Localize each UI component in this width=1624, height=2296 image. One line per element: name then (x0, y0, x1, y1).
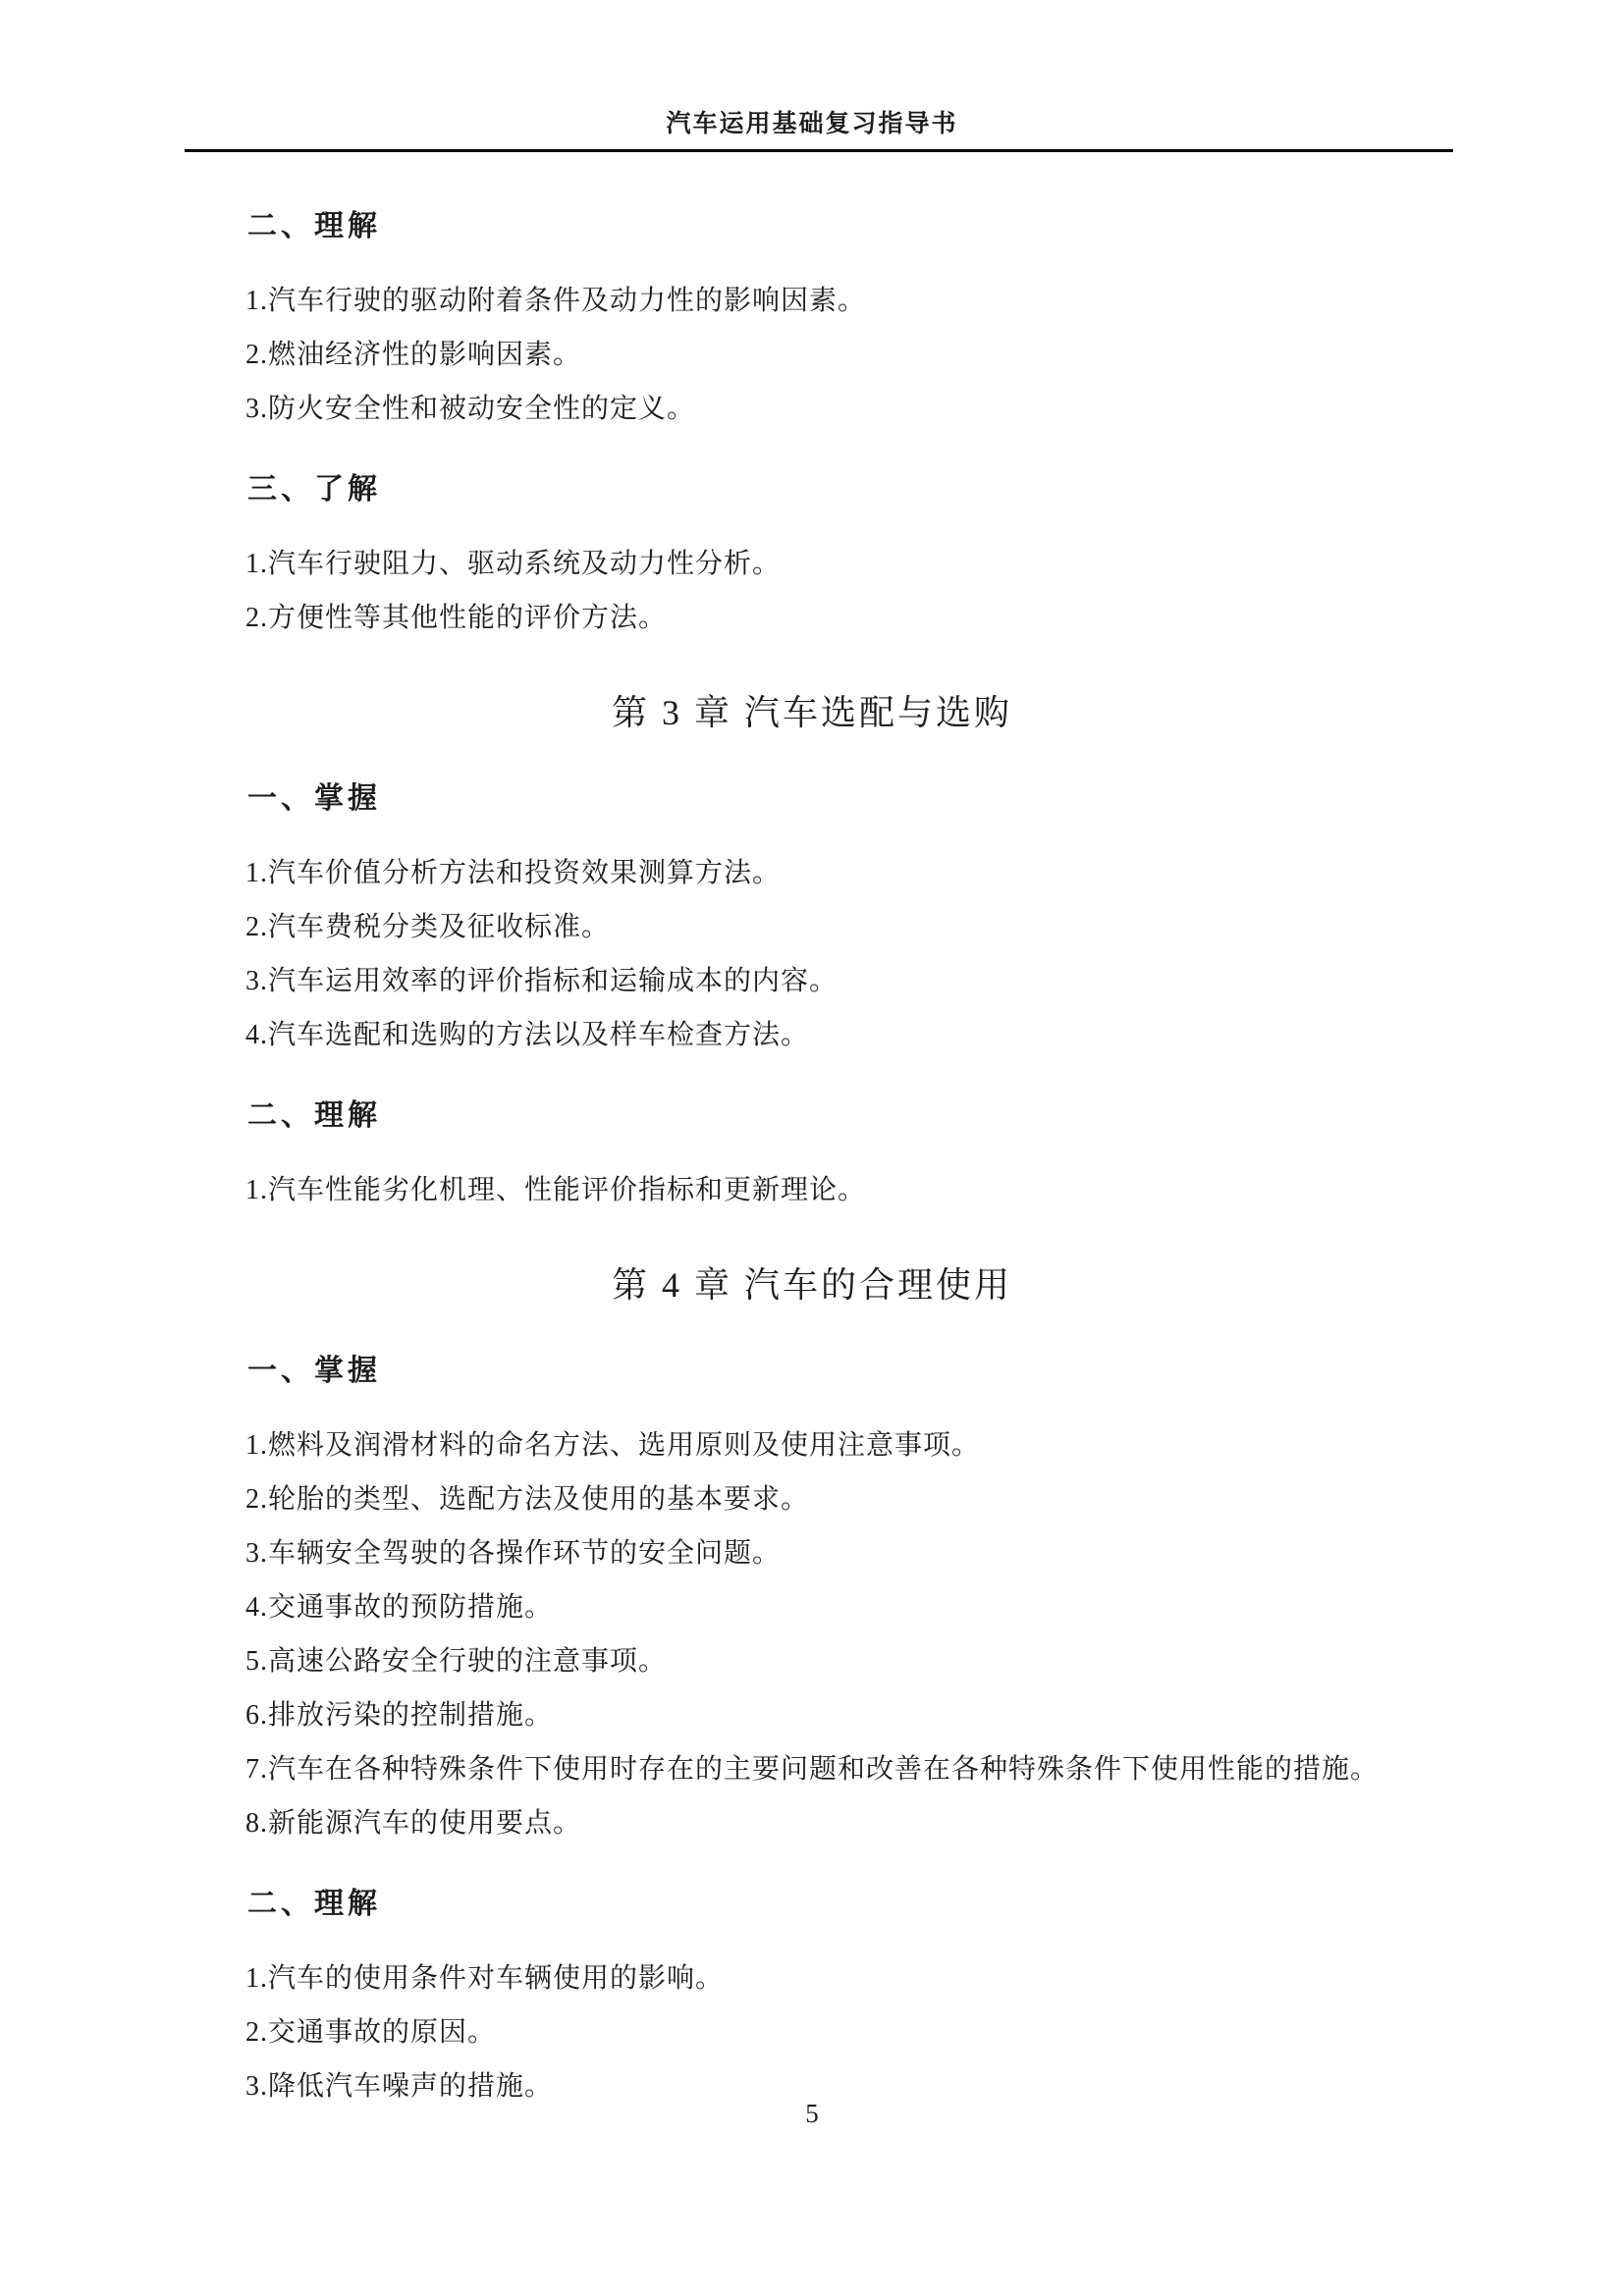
list-item: 3.车辆安全驾驶的各操作环节的安全问题。 (245, 1536, 1428, 1572)
list-item: 1.汽车的使用条件对车辆使用的影响。 (245, 1961, 1428, 1997)
section-title-understand-1: 二、理解 (247, 209, 1624, 244)
list-item: 2.交通事故的原因。 (245, 2015, 1428, 2051)
list-item: 6.排放污染的控制措施。 (245, 1698, 1428, 1734)
section-title-understand-3: 二、理解 (247, 1887, 1624, 1922)
document-body: 二、理解 1.汽车行驶的驱动附着条件及动力性的影响因素。 2.燃油经济性的影响因… (0, 209, 1624, 2105)
list-item: 3.防火安全性和被动安全性的定义。 (245, 392, 1428, 427)
section-title-master-2: 一、掌握 (247, 1354, 1624, 1389)
header-rule (185, 149, 1453, 152)
document-page: 汽车运用基础复习指导书 二、理解 1.汽车行驶的驱动附着条件及动力性的影响因素。… (0, 0, 1624, 2296)
list-item: 1.燃料及润滑材料的命名方法、选用原则及使用注意事项。 (245, 1428, 1428, 1464)
list-item: 4.汽车选配和选购的方法以及样车检查方法。 (245, 1018, 1428, 1053)
list-item: 2.汽车费税分类及征收标准。 (245, 910, 1428, 945)
list-item: 2.轮胎的类型、选配方法及使用的基本要求。 (245, 1482, 1428, 1518)
list-item: 5.高速公路安全行驶的注意事项。 (245, 1644, 1428, 1680)
list-item: 1.汽车性能劣化机理、性能评价指标和更新理论。 (245, 1173, 1428, 1208)
list-item: 1.汽车价值分析方法和投资效果测算方法。 (245, 856, 1428, 891)
list-item: 1.汽车行驶阻力、驱动系统及动力性分析。 (245, 547, 1428, 582)
page-number: 5 (0, 2097, 1624, 2130)
chapter-3-title: 第 3 章 汽车选配与选购 (0, 689, 1624, 736)
list-item: 4.交通事故的预防措施。 (245, 1590, 1428, 1626)
list-item: 2.方便性等其他性能的评价方法。 (245, 601, 1428, 636)
section-title-understand-2: 二、理解 (247, 1098, 1624, 1134)
section-title-master-1: 一、掌握 (247, 781, 1624, 817)
list-item: 7.汽车在各种特殊条件下使用时存在的主要问题和改善在各种特殊条件下使用性能的措施… (245, 1752, 1428, 1788)
section-title-know-1: 三、了解 (247, 472, 1624, 507)
list-item: 1.汽车行驶的驱动附着条件及动力性的影响因素。 (245, 284, 1428, 319)
list-item: 3.汽车运用效率的评价指标和运输成本的内容。 (245, 964, 1428, 999)
list-item: 8.新能源汽车的使用要点。 (245, 1806, 1428, 1842)
page-header: 汽车运用基础复习指导书 (0, 0, 1624, 152)
running-header-title: 汽车运用基础复习指导书 (0, 0, 1624, 141)
list-item: 2.燃油经济性的影响因素。 (245, 338, 1428, 373)
chapter-4-title: 第 4 章 汽车的合理使用 (0, 1261, 1624, 1308)
